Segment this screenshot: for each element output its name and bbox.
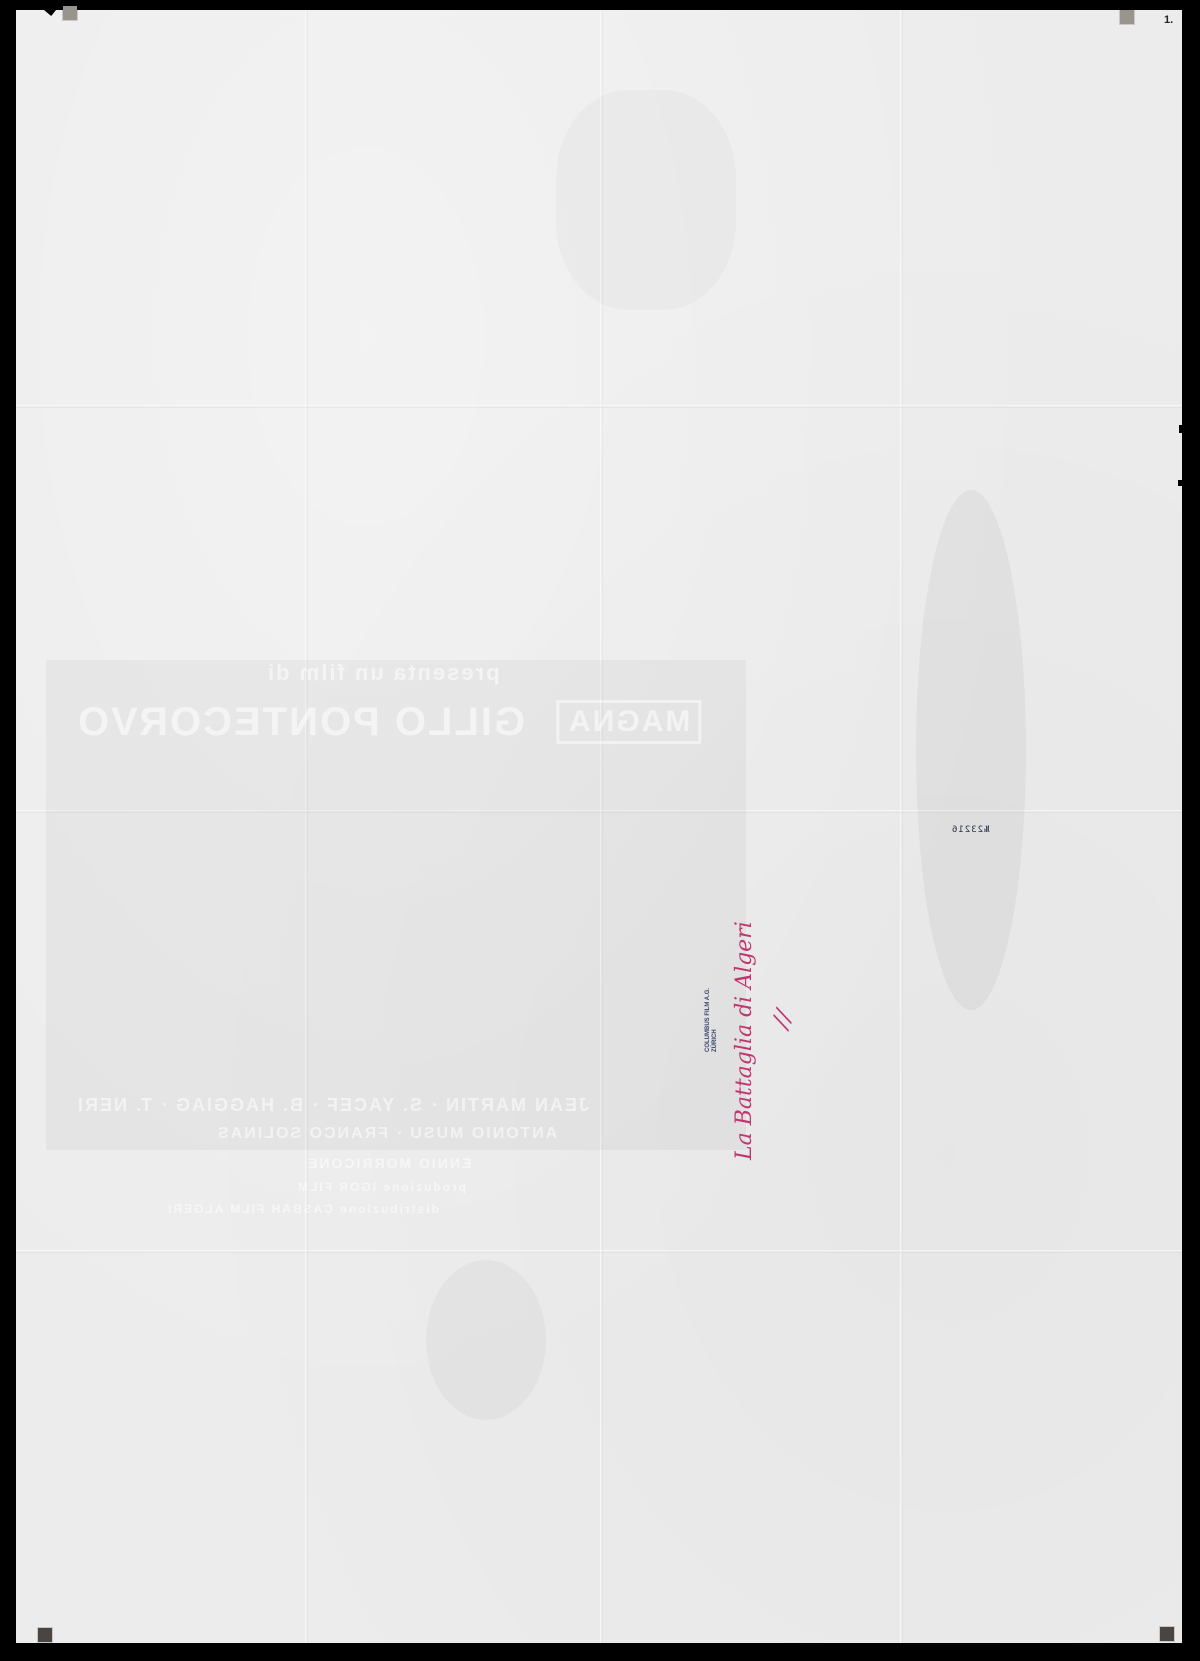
corner-tape-top-left (63, 6, 77, 20)
corner-tape-bottom-right (1160, 1627, 1174, 1641)
fold-line-vertical (900, 10, 903, 1643)
poster-sheet: presenta un film di GILLO PONTECORVO MAG… (16, 10, 1182, 1643)
ghost-face-shape (426, 1260, 546, 1420)
fold-line-horizontal (16, 1250, 1182, 1253)
ghost-credits-line: ANTONIO MUSU · FRANCO SOLINAS (216, 1125, 557, 1143)
distributor-stamp-line: ZÜRICH (712, 988, 719, 1052)
corner-tape-top-right (1120, 10, 1134, 24)
edge-tear (1179, 425, 1182, 433)
ghost-credits-line: JEAN MARTIN · S. YACEF · B. HAGGIAG · T.… (76, 1095, 589, 1116)
handwritten-title-note: La Battaglia di Algeri (732, 921, 757, 1160)
ghost-credits-line: ENNIO MORRICONE (306, 1155, 471, 1171)
ghost-presenta-text: presenta un film di (266, 660, 500, 686)
distributor-stamp-line: COLUMBUS FILM A.G. (705, 988, 712, 1052)
ghost-head-shape (556, 90, 736, 310)
ghost-credits-line: distribuzione CASBAH FILM ALGERI (166, 1202, 439, 1216)
ghost-director-text: GILLO PONTECORVO (76, 700, 525, 745)
edge-tear (1178, 480, 1182, 486)
fold-line-horizontal (16, 405, 1182, 408)
ghost-credits-line: produzione IGOR FILM (296, 1180, 466, 1194)
distributor-stamp: COLUMBUS FILM A.G. ZÜRICH (705, 988, 719, 1052)
ghost-logo-text: MAGNA (556, 700, 701, 744)
handwritten-slash-mark: // (766, 1007, 798, 1032)
ghost-figure-shape (916, 490, 1026, 1010)
corner-pencil-mark: 1. (1164, 14, 1173, 26)
corner-tape-bottom-left (38, 1628, 52, 1642)
inventory-number-stamp: №23216 (951, 825, 990, 835)
